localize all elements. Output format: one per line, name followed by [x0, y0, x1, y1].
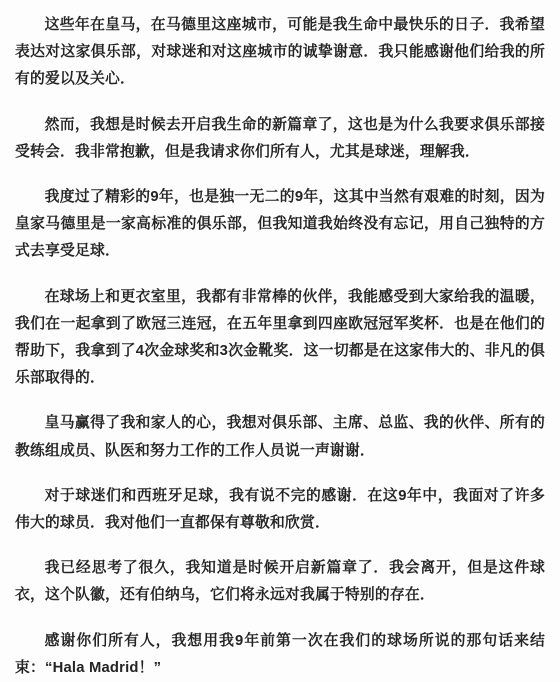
letter-document: 这些年在皇马，在马德里这座城市，可能是我生命中最快乐的日子．我希望表达对这家俱乐… — [0, 0, 560, 682]
letter-paragraph-achievements: 在球场上和更衣室里，我都有非常棒的伙伴，我能感受到大家给我的温暖，我们在一起拿到… — [15, 284, 545, 393]
letter-paragraph-nine-years: 我度过了精彩的9年，也是独一无二的9年，这其中当然有艰难的时刻，因为皇家马德里是… — [15, 184, 545, 266]
letter-paragraph-thanks-club: 皇马赢得了我和家人的心，我想对俱乐部、主席、总监、我的伙伴、所有的教练组成员、队… — [15, 410, 545, 464]
letter-paragraph-hala-madrid: 感谢你们所有人，我想用我9年前第一次在我们的球场所说的那句话来结束：“Hala … — [15, 628, 545, 682]
letter-paragraph-farewell: 我已经思考了很久，我知道是时候开启新篇章了．我会离开，但是这件球衣，这个队徽，还… — [15, 555, 545, 609]
letter-paragraph-thanks-fans: 对于球迷们和西班牙足球，我有说不完的感谢．在这9年中，我面对了许多伟大的球员．我… — [15, 483, 545, 537]
letter-paragraph-gratitude: 这些年在皇马，在马德里这座城市，可能是我生命中最快乐的日子．我希望表达对这家俱乐… — [15, 12, 545, 94]
letter-paragraph-new-chapter: 然而，我想是时候去开启我生命的新篇章了，这也是为什么我要求俱乐部接受转会．我非常… — [15, 112, 545, 166]
